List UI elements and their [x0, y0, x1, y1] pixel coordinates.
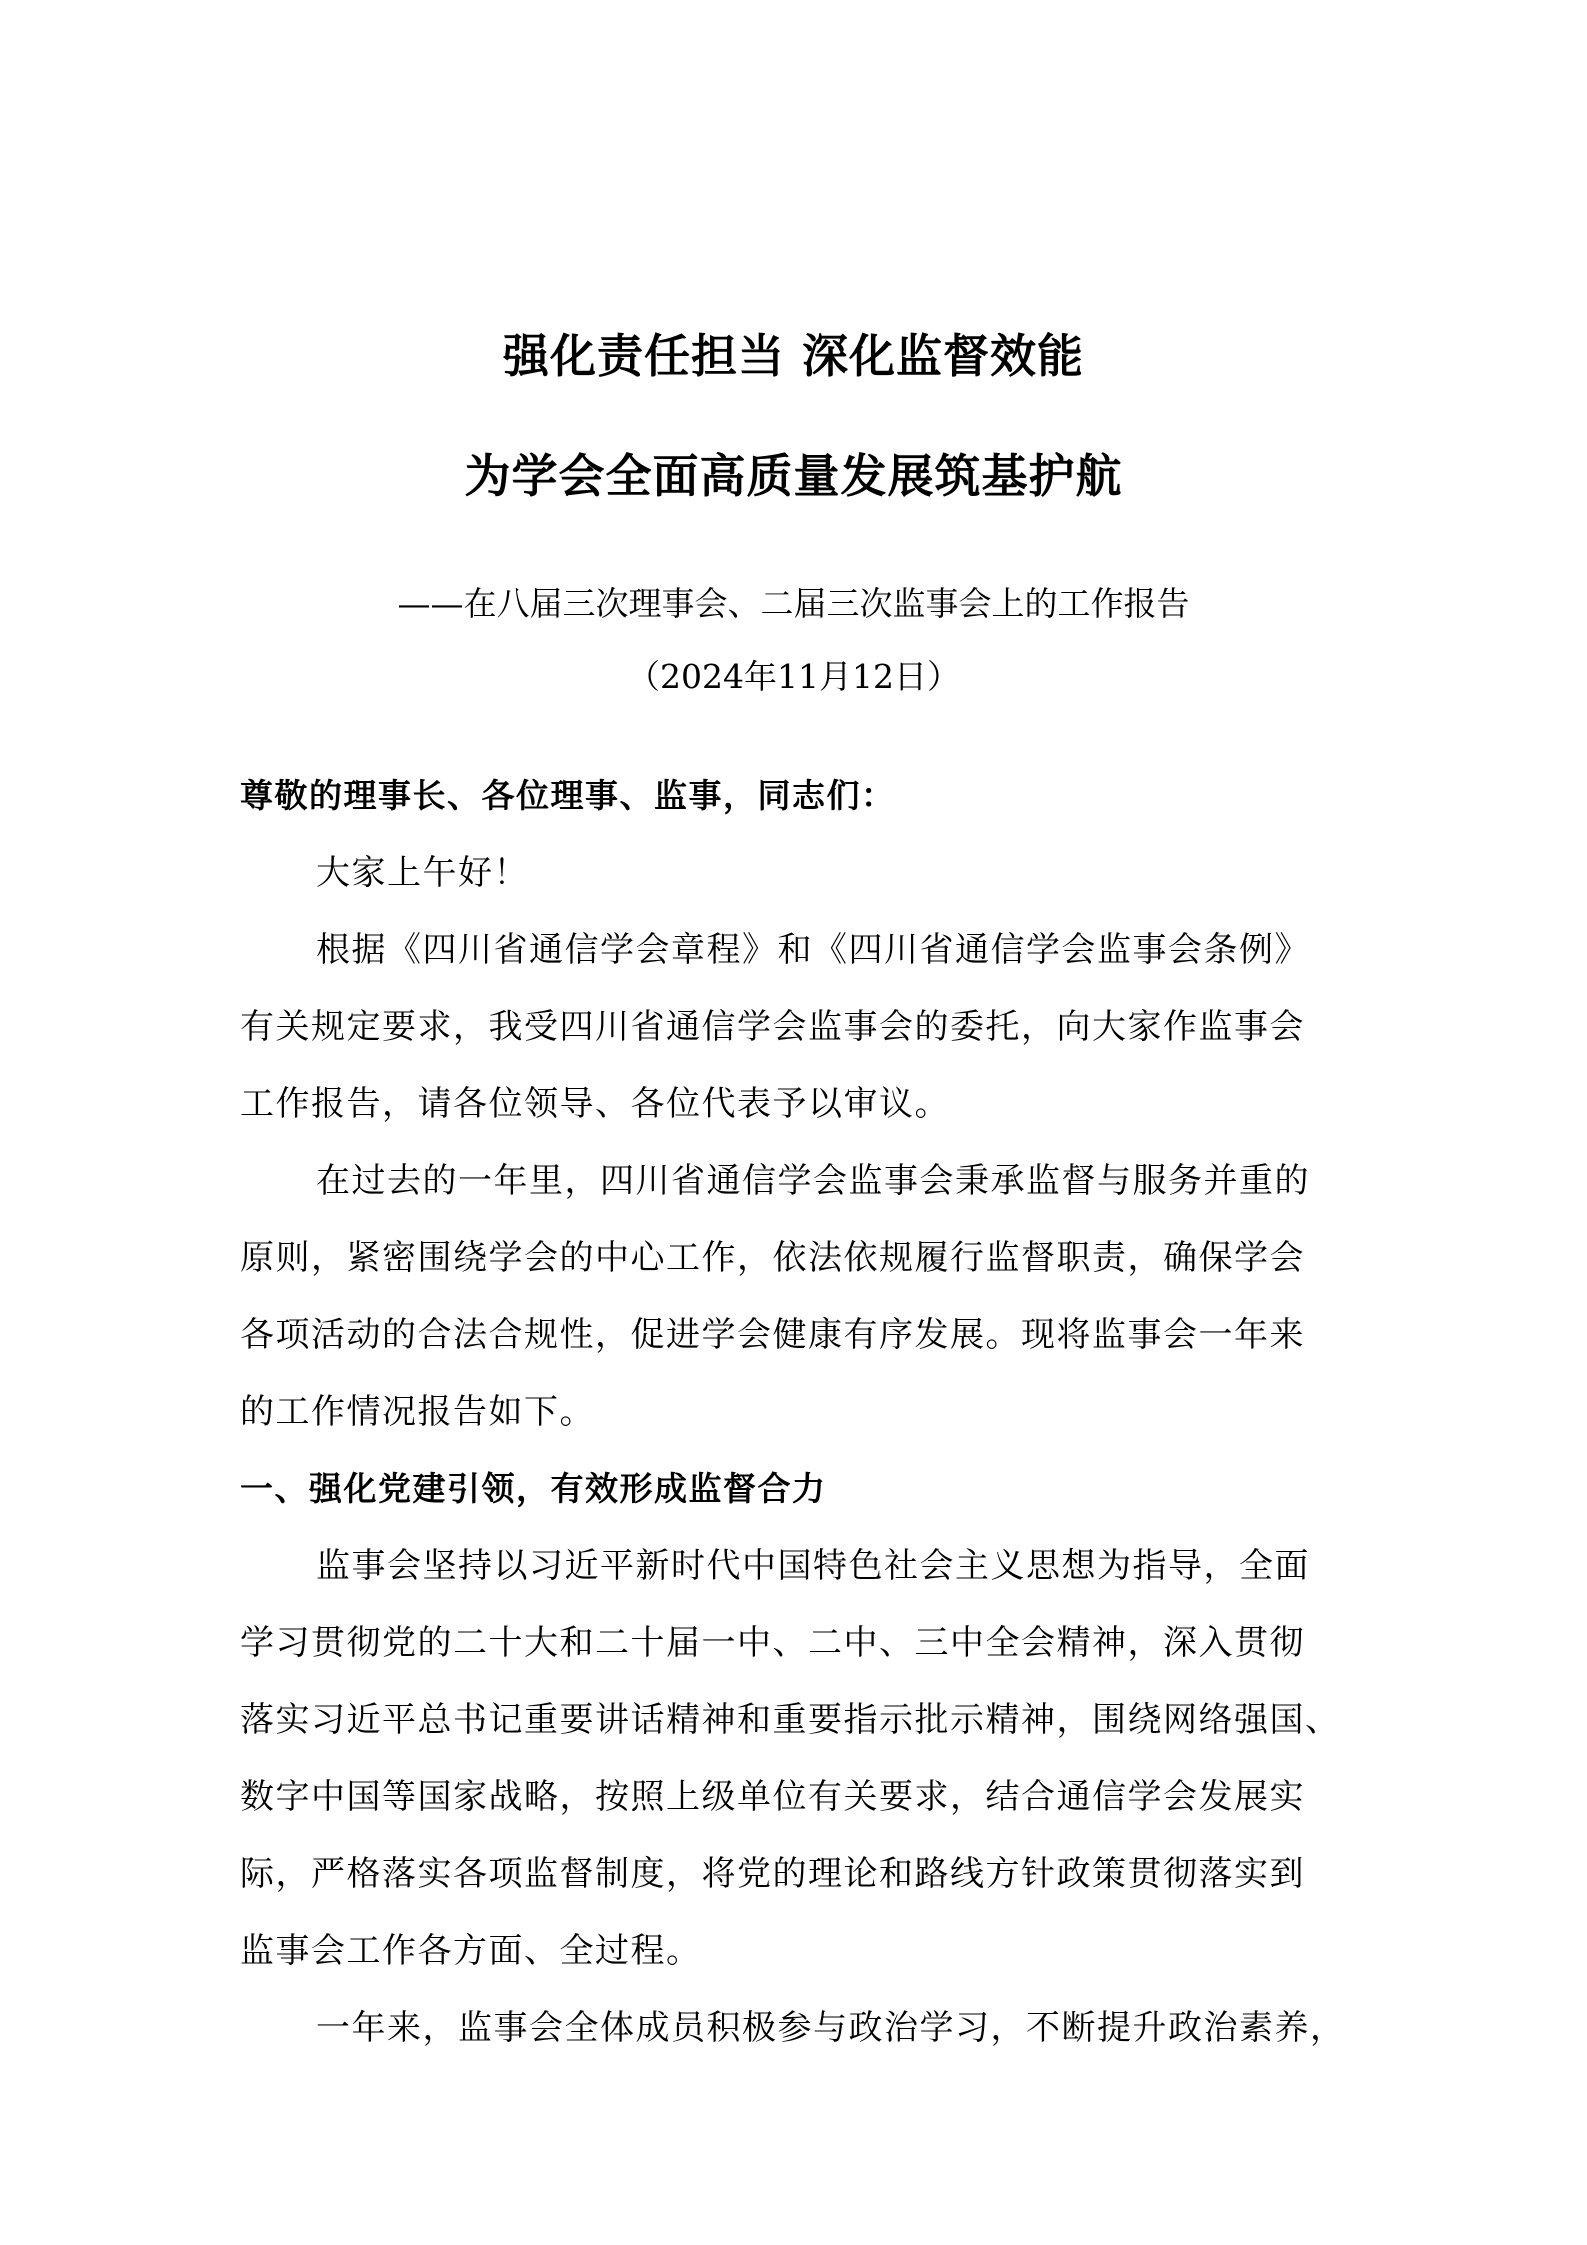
- paragraph-line: 学习贯彻党的二十大和二十届一中、二中、三中全会精神，深入贯彻: [240, 1620, 1360, 1666]
- paragraph-line: 数字中国等国家战略，按照上级单位有关要求，结合通信学会发展实: [240, 1774, 1360, 1820]
- paragraph-line: 根据《四川省通信学会章程》和《四川省通信学会监事会条例》: [316, 927, 1360, 973]
- paragraph-line: 落实习近平总书记重要讲话精神和重要指示批示精神，围绕网络强国、: [240, 1697, 1360, 1743]
- paragraph-line: 原则，紧密围绕学会的中心工作，依法依规履行监督职责，确保学会: [240, 1235, 1360, 1281]
- paragraph-line: 有关规定要求，我受四川省通信学会监事会的委托，向大家作监事会: [240, 1004, 1360, 1050]
- document-subtitle: ——在八届三次理事会、二届三次监事会上的工作报告: [0, 582, 1587, 626]
- salutation: 尊敬的理事长、各位理事、监事，同志们：: [240, 773, 1360, 819]
- document-date: （2024年11月12日）: [0, 655, 1587, 699]
- paragraph-line: 在过去的一年里，四川省通信学会监事会秉承监督与服务并重的: [316, 1158, 1360, 1204]
- document-title-line-1: 强化责任担当 深化监督效能: [0, 326, 1587, 386]
- document-title-line-2: 为学会全面高质量发展筑基护航: [0, 446, 1587, 506]
- paragraph-line: 际，严格落实各项监督制度，将党的理论和路线方针政策贯彻落实到: [240, 1851, 1360, 1897]
- document-page: 强化责任担当 深化监督效能 为学会全面高质量发展筑基护航 ——在八届三次理事会、…: [0, 0, 1587, 2245]
- section-heading: 一、强化党建引领，有效形成监督合力: [240, 1466, 1360, 1512]
- paragraph-line: 监事会坚持以习近平新时代中国特色社会主义思想为指导，全面: [316, 1543, 1360, 1589]
- paragraph-line: 的工作情况报告如下。: [240, 1389, 1360, 1435]
- paragraph-line: 监事会工作各方面、全过程。: [240, 1928, 1360, 1974]
- paragraph-line: 工作报告，请各位领导、各位代表予以审议。: [240, 1081, 1360, 1127]
- greeting: 大家上午好！: [316, 850, 1360, 896]
- paragraph-line: 一年来，监事会全体成员积极参与政治学习，不断提升政治素养，: [316, 2005, 1360, 2051]
- paragraph-line: 各项活动的合法合规性，促进学会健康有序发展。现将监事会一年来: [240, 1312, 1360, 1358]
